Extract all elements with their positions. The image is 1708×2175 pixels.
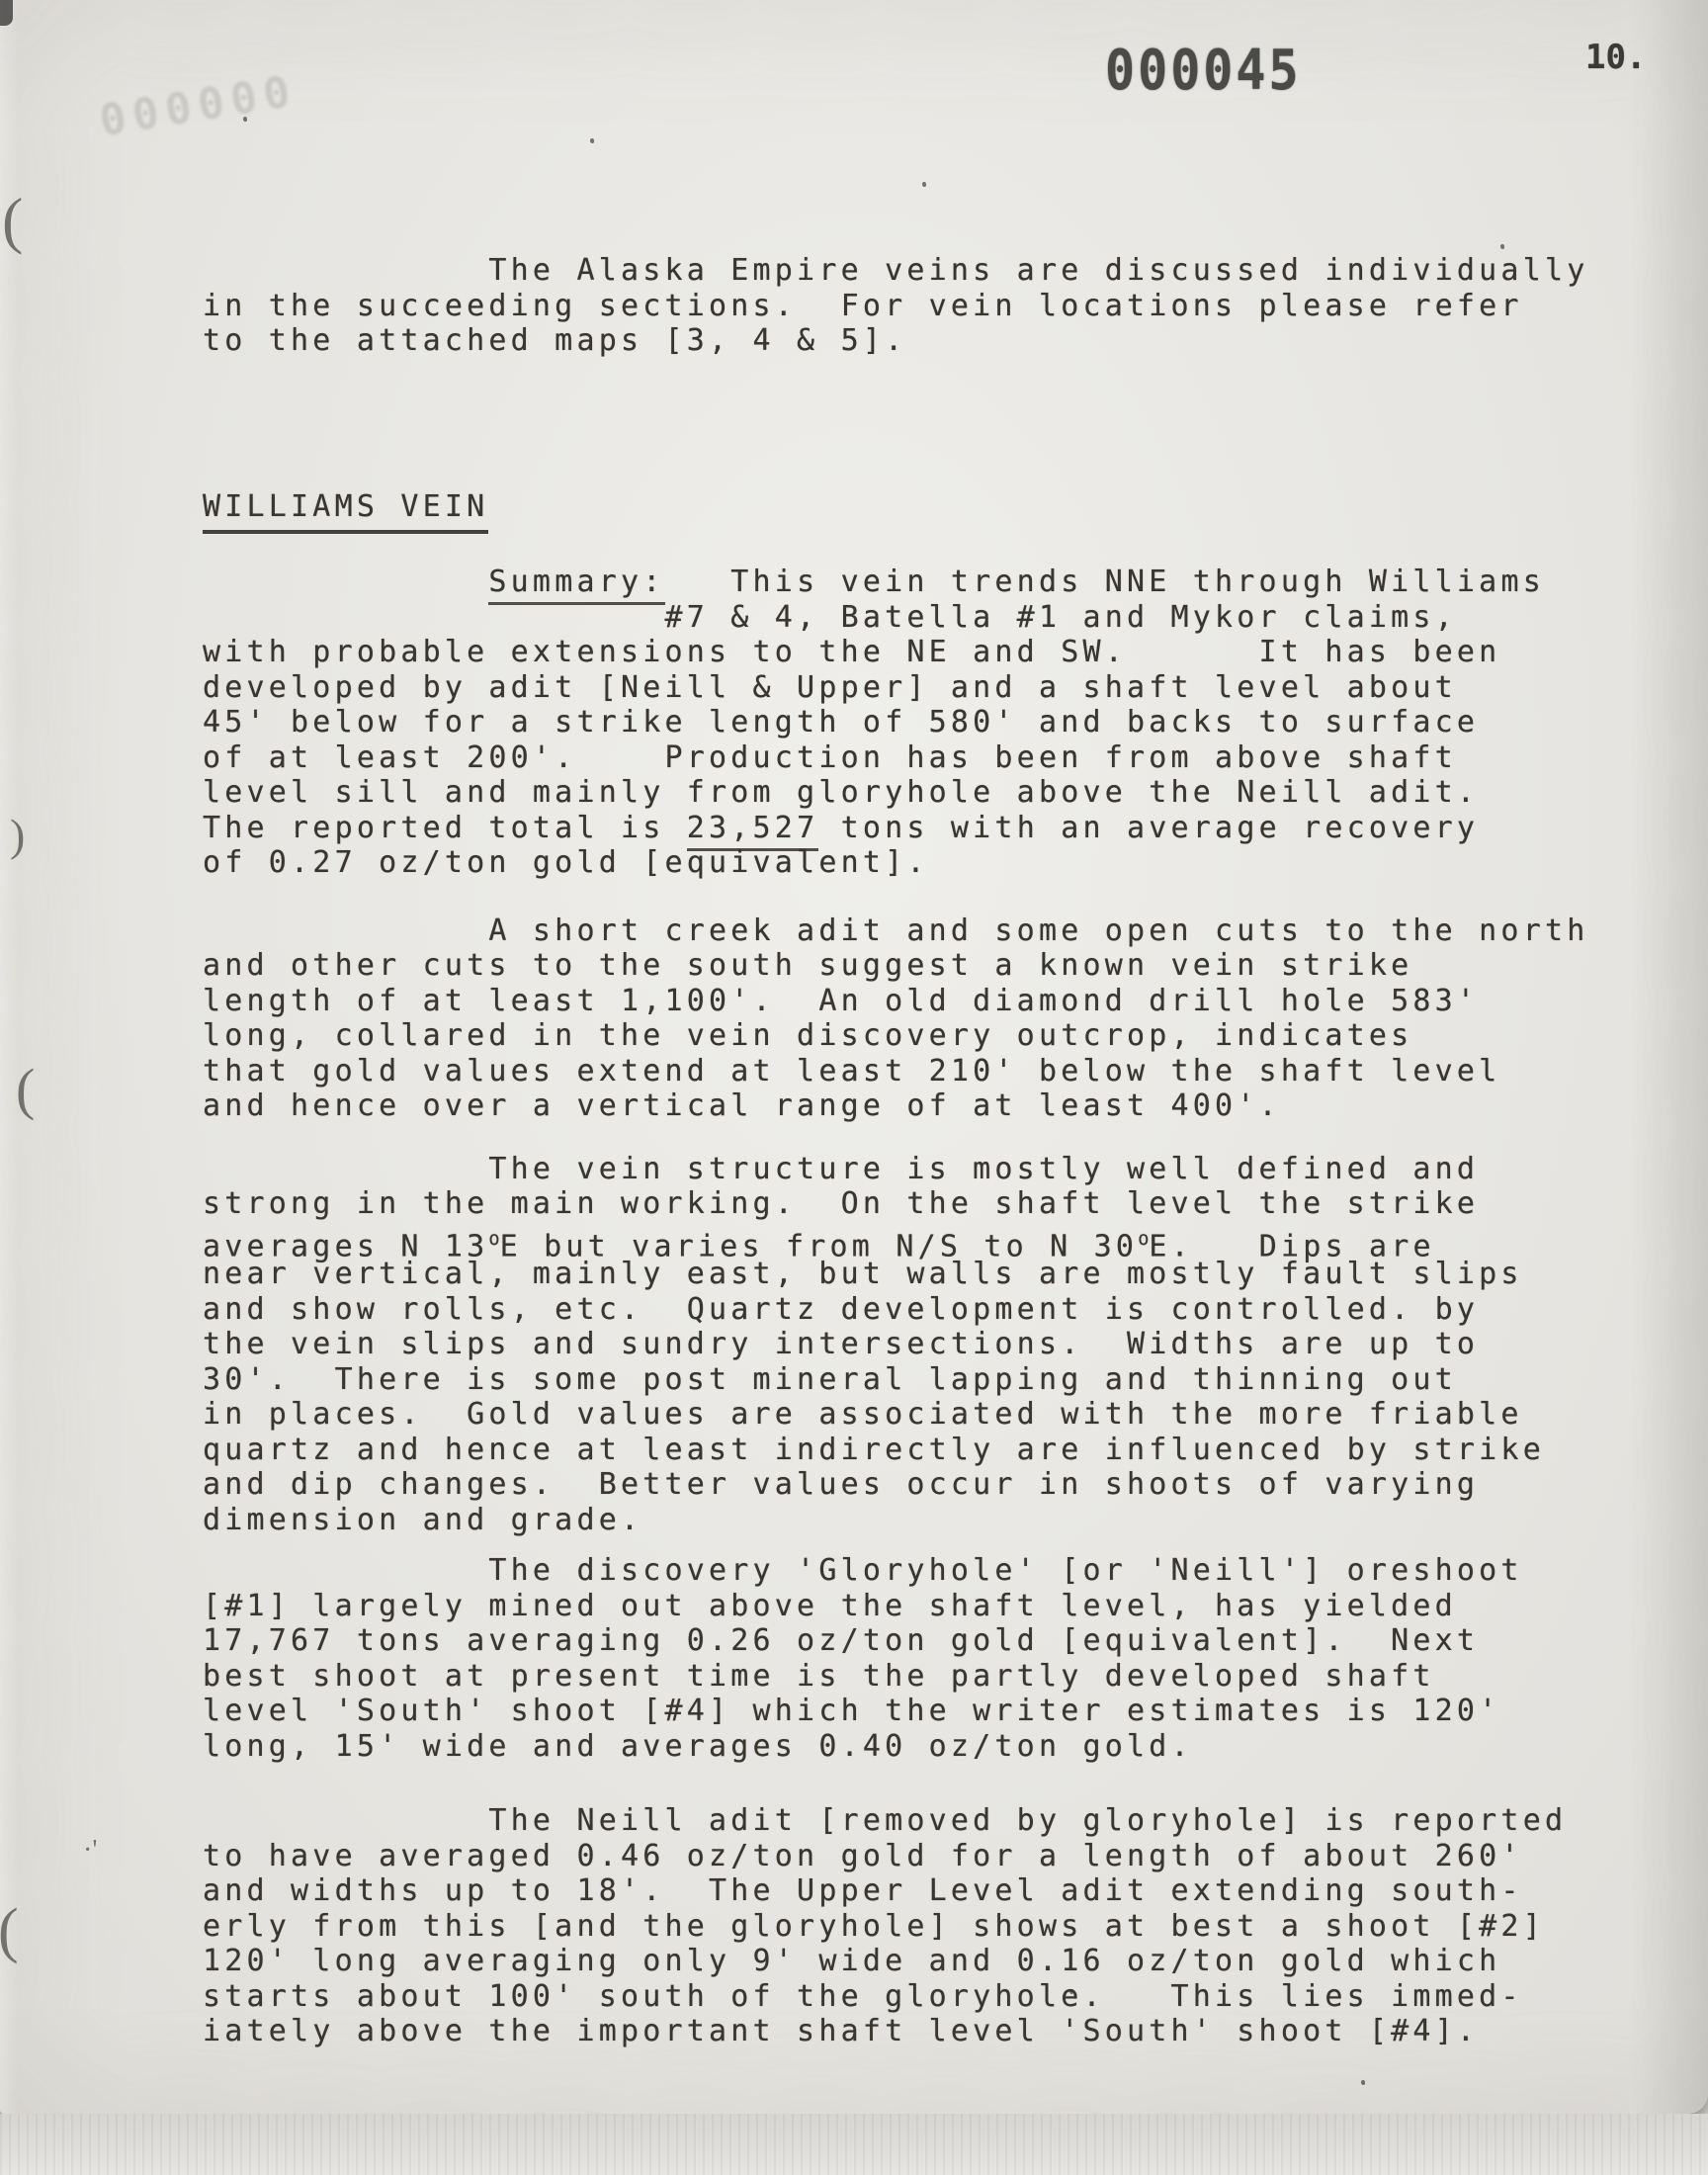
text-line: long, 15' wide and averages 0.40 oz/ton … [203,1729,1586,1765]
text-line: length of at least 1,100'. An old diamon… [203,984,1586,1019]
text-line: near vertical, mainly east, but walls ar… [203,1257,1586,1292]
doc-number-stamp: 000045 [1105,39,1302,103]
text-line: long, collared in the vein discovery out… [203,1018,1586,1054]
text-line: 45' below for a strike length of 580' an… [203,705,1586,740]
text-line: [#1] largely mined out above the shaft l… [203,1589,1586,1624]
scanned-document-page: 000000 000045 10. The Alaska Empire vein… [0,0,1708,2175]
text-line: starts about 100' south of the gloryhole… [203,1979,1586,2015]
text-line: #7 & 4, Batella #1 and Mykor claims, [203,600,1586,636]
paragraph: The Alaska Empire veins are discussed in… [203,253,1586,359]
scan-mark: ) [10,809,25,861]
text-line: level sill and mainly from gloryhole abo… [203,775,1586,811]
text-line: erly from this [and the gloryhole] shows… [203,1909,1586,1945]
paragraph: Summary: This vein trends NNE through Wi… [203,565,1586,881]
text-line: and show rolls, etc. Quartz development … [203,1292,1586,1328]
text-line: to have averaged 0.46 oz/ton gold for a … [203,1839,1586,1874]
text-line: The discovery 'Gloryhole' [or 'Neill'] o… [203,1553,1586,1589]
scan-mark: ·' [83,1835,97,1867]
text-line: in the succeeding sections. For vein loc… [203,289,1586,324]
text-line: with probable extensions to the NE and S… [203,635,1586,670]
text-line: and other cuts to the south suggest a kn… [203,948,1586,984]
text-line: averages N 13oE but varies from N/S to N… [203,1222,1586,1258]
scan-mark: ( [2,184,23,257]
paragraph: The vein structure is mostly well define… [203,1152,1586,1538]
text-line: of 0.27 oz/ton gold [equivalent]. [203,845,1586,881]
section-heading: WILLIAMS VEIN [203,489,1586,525]
scan-speck [1500,244,1504,249]
text-line: WILLIAMS VEIN [203,489,1586,525]
text-line: best shoot at present time is the partly… [203,1659,1586,1695]
scan-mark: ( [0,1896,19,1966]
text-line: The vein structure is mostly well define… [203,1152,1586,1187]
text-line: 30'. There is some post mineral lapping … [203,1362,1586,1398]
scan-speck [243,117,247,122]
text-line: and hence over a vertical range of at le… [203,1088,1586,1124]
text-line: strong in the main working. On the shaft… [203,1186,1586,1222]
text-line: dimension and grade. [203,1503,1586,1538]
scan-speck [1361,2080,1365,2085]
scan-speck [590,138,594,143]
text-line: that gold values extend at least 210' be… [203,1054,1586,1089]
scan-corner-artifact [0,0,13,26]
text-line: the vein slips and sundry intersections.… [203,1327,1586,1362]
text-line: to the attached maps [3, 4 & 5]. [203,323,1586,359]
text-line: The Alaska Empire veins are discussed in… [203,253,1586,289]
text-line: A short creek adit and some open cuts to… [203,913,1586,949]
document-flow: The Alaska Empire veins are discussed in… [203,253,1586,2049]
text-line: iately above the important shaft level '… [203,2014,1586,2049]
text-line: developed by adit [Neill & Upper] and a … [203,670,1586,706]
text-line: 120' long averaging only 9' wide and 0.1… [203,1944,1586,1979]
scan-speck [922,182,926,187]
scan-mark: ( [16,1056,35,1122]
text-line: The reported total is 23,527 tons with a… [203,811,1586,846]
text-line: level 'South' shoot [#4] which the write… [203,1694,1586,1729]
page-number: 10. [1585,38,1646,77]
paragraph: The discovery 'Gloryhole' [or 'Neill'] o… [203,1553,1586,1764]
scan-speck [1069,1989,1073,1994]
paragraph: A short creek adit and some open cuts to… [203,913,1586,1124]
paragraph: The Neill adit [removed by gloryhole] is… [203,1803,1586,2049]
text-line: 17,767 tons averaging 0.26 oz/ton gold [… [203,1623,1586,1659]
scan-background-edge [0,2114,1708,2175]
text-line: quartz and hence at least indirectly are… [203,1433,1586,1468]
text-line: The Neill adit [removed by gloryhole] is… [203,1803,1586,1839]
text-line: and dip changes. Better values occur in … [203,1467,1586,1503]
text-line: of at least 200'. Production has been fr… [203,740,1586,776]
text-line: in places. Gold values are associated wi… [203,1397,1586,1433]
text-line: and widths up to 18'. The Upper Level ad… [203,1873,1586,1909]
text-line: Summary: This vein trends NNE through Wi… [203,565,1586,600]
